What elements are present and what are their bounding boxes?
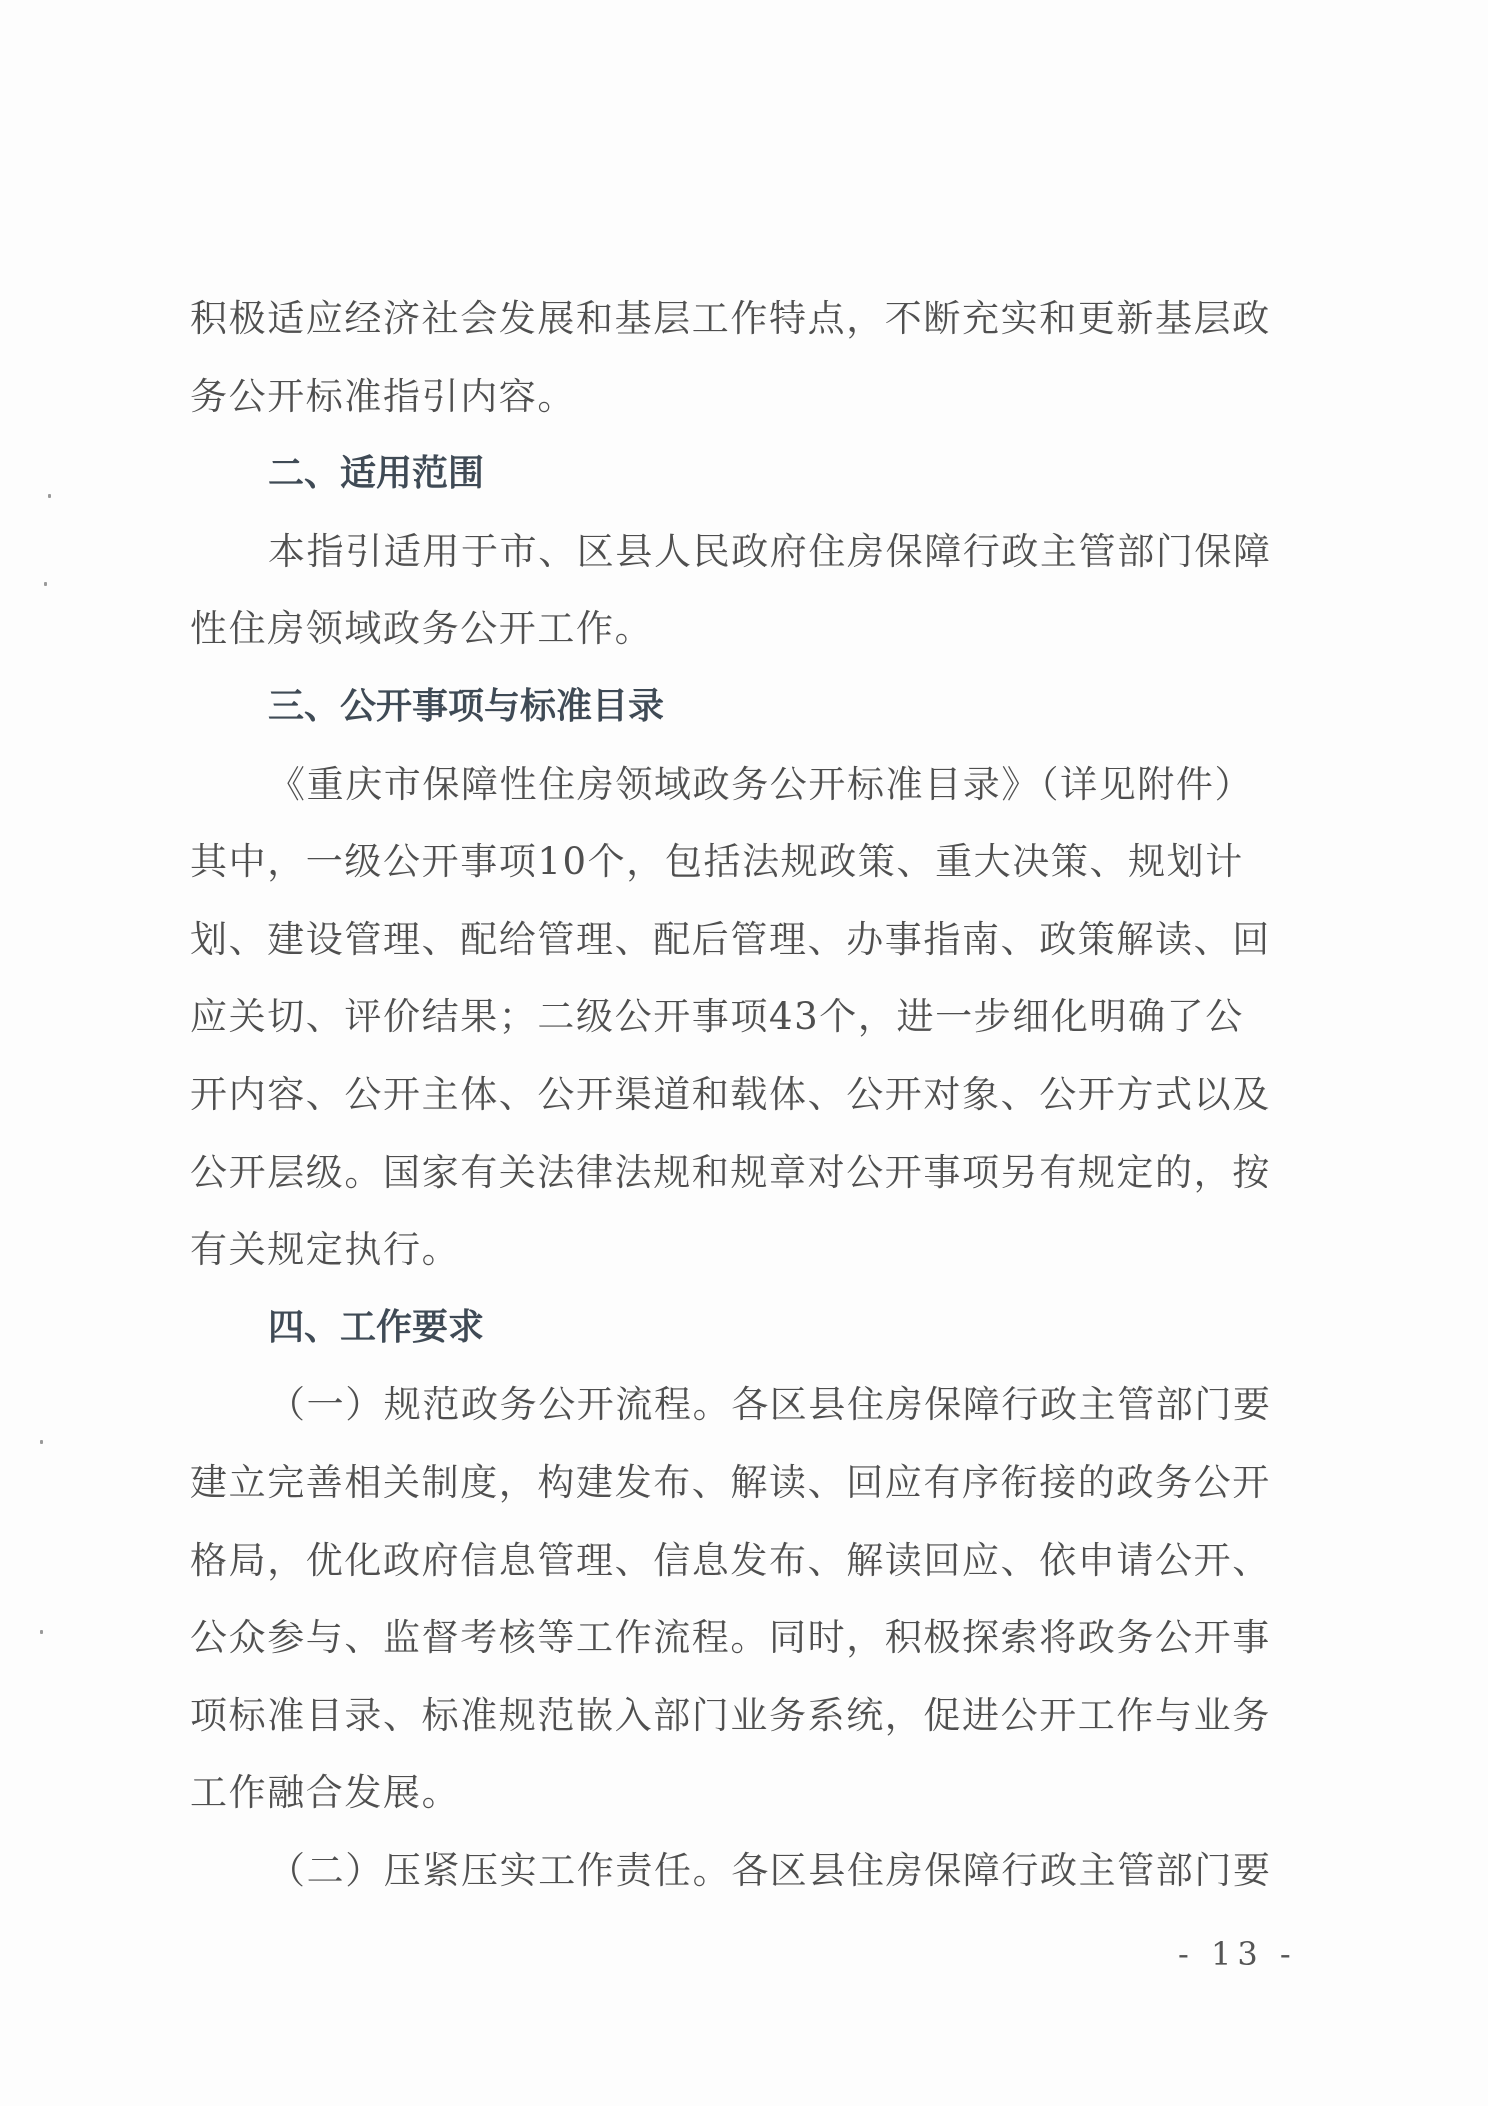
scan-speck	[48, 494, 51, 498]
body-line: （一）规范政务公开流程。各区县住房保障行政主管部门要	[190, 1366, 1290, 1444]
section-heading-scope: 二、适用范围	[190, 435, 1290, 513]
body-line: 划、建设管理、配给管理、配后管理、办事指南、政策解读、回	[190, 901, 1290, 979]
scan-speck	[44, 582, 47, 586]
body-line: 务公开标准指引内容。	[190, 358, 1290, 436]
body-line: 应关切、评价结果；二级公开事项43个，进一步细化明确了公	[190, 978, 1290, 1056]
body-line: 有关规定执行。	[190, 1211, 1290, 1289]
body-line: 工作融合发展。	[190, 1754, 1290, 1832]
scan-speck	[40, 1440, 43, 1444]
body-line: 《重庆市保障性住房领域政务公开标准目录》（详见附件）	[190, 746, 1290, 824]
body-line: 本指引适用于市、区县人民政府住房保障行政主管部门保障	[190, 513, 1290, 591]
body-line: 项标准目录、标准规范嵌入部门业务系统，促进公开工作与业务	[190, 1677, 1290, 1755]
section-heading-catalog: 三、公开事项与标准目录	[190, 668, 1290, 746]
section-heading-requirements: 四、工作要求	[190, 1289, 1290, 1367]
document-body: 积极适应经济社会发展和基层工作特点，不断充实和更新基层政 务公开标准指引内容。 …	[190, 280, 1290, 1909]
document-page: 积极适应经济社会发展和基层工作特点，不断充实和更新基层政 务公开标准指引内容。 …	[0, 0, 1488, 2106]
page-number: - 13 -	[1178, 1935, 1297, 1973]
body-line: （二）压紧压实工作责任。各区县住房保障行政主管部门要	[190, 1832, 1290, 1910]
body-line: 性住房领域政务公开工作。	[190, 590, 1290, 668]
body-line: 格局，优化政府信息管理、信息发布、解读回应、依申请公开、	[190, 1522, 1290, 1600]
scan-speck	[40, 1630, 43, 1634]
body-line: 建立完善相关制度，构建发布、解读、回应有序衔接的政务公开	[190, 1444, 1290, 1522]
body-line: 积极适应经济社会发展和基层工作特点，不断充实和更新基层政	[190, 280, 1290, 358]
body-line: 其中，一级公开事项10个，包括法规政策、重大决策、规划计	[190, 823, 1290, 901]
body-line: 公开层级。国家有关法律法规和规章对公开事项另有规定的，按	[190, 1134, 1290, 1212]
body-line: 公众参与、监督考核等工作流程。同时，积极探索将政务公开事	[190, 1599, 1290, 1677]
body-line: 开内容、公开主体、公开渠道和载体、公开对象、公开方式以及	[190, 1056, 1290, 1134]
